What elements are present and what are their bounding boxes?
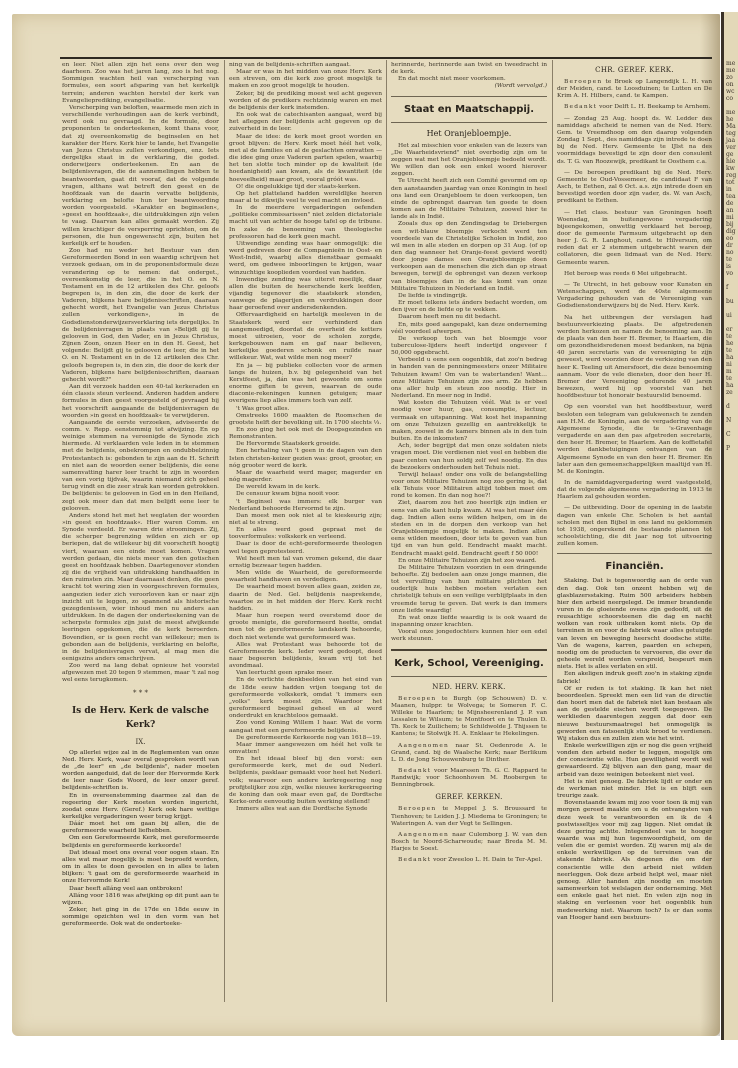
paragraph: Of er reden is tot staking. Ik kan het n…: [557, 686, 712, 743]
paragraph: — Zondag 25 Aug. hoopt ds. W. Ledder des…: [557, 116, 712, 166]
paragraph: Het zal misschien voor enkelen van de le…: [391, 143, 547, 179]
adjacent-page-text-fragment: teg: [724, 130, 738, 137]
paragraph: Wat kosten die Tehuizen véél. Wat is er …: [391, 400, 547, 443]
adjacent-page-text-fragment: de: [724, 200, 738, 207]
paragraph: En alles werd goed gepraat met de toover…: [229, 527, 382, 541]
section-title-financien: Financiën.: [557, 560, 712, 574]
adjacent-page-text-fragment: dig: [724, 228, 738, 235]
column-divider: [386, 60, 387, 1002]
oranjebloempje-body: Het zal misschien voor enkelen van de le…: [391, 143, 547, 644]
announcement-text: te Burgh (op Schouwen) D. v. Maanen, hul…: [391, 696, 547, 738]
paragraph: Verbeeld u eens een oogenblik, dat zoo'n…: [391, 357, 547, 400]
paragraph: De censuur kwam bijna nooit voor.: [229, 491, 382, 498]
paragraph: Op een voorstel van het hoofdbestuur, we…: [557, 404, 712, 476]
adjacent-page-text-fragment: ge: [724, 151, 738, 158]
paragraph: Maar de waarheid werd mager, magerder en…: [229, 470, 382, 484]
adjacent-page-text-fragment: is: [724, 263, 738, 270]
adjacent-page-text-fragment: bu: [724, 298, 738, 305]
paragraph: Het beroep was reeds 6 Mei uitgebracht.: [557, 271, 712, 278]
adjacent-page-text-fragment: ha: [724, 382, 738, 389]
adjacent-page-text-fragment: tot: [724, 179, 738, 186]
paragraph: O! die ongelukkige tijd der staats-kerke…: [229, 184, 382, 191]
adjacent-page-text-fragment: te: [724, 347, 738, 354]
divider: [391, 676, 547, 677]
paragraph: Van leertucht geen sprake meer.: [229, 670, 382, 677]
adjacent-page-text-fragment: N: [724, 417, 738, 424]
adjacent-page-text-fragment: bij: [724, 221, 738, 228]
paragraph: Offervaardigheid en hartelijk meeleven i…: [229, 312, 382, 362]
paragraph: De gereformeerde Kerkeorde nog van 1618—…: [229, 735, 382, 742]
paragraph: Omstreeks 1600 maakten de Roomschen de g…: [229, 413, 382, 427]
paragraph: Maar immer aangewezen om héél het volk t…: [229, 742, 382, 756]
paragraph: De liefde is vindingrijk.: [391, 293, 547, 300]
paragraph: Zoo werd na lang debat opnieuw het voors…: [62, 663, 219, 684]
column-4: CHR. GEREF. KERK. Beroepen te Broek op L…: [557, 62, 712, 1002]
paragraph: Op allerlei wijze zal in de Reglementen …: [62, 750, 219, 793]
announcement-item: Beroepen te Meppel J. S. Broussard te Ti…: [391, 806, 547, 827]
column-1: en leer. Niet allen zijn het eens over d…: [62, 62, 219, 1002]
announcement-label: Beroepen: [564, 79, 602, 85]
announcement-label: Bedankt: [398, 857, 431, 863]
adjacent-page-text-fragment: kw: [724, 165, 738, 172]
paragraph: Daarom heeft men nu dit bedacht.: [391, 314, 547, 321]
paragraph: Maar de idee: de kerk moet groot worden …: [229, 134, 382, 184]
ned-herv-kerk-list: Beroepen te Burgh (op Schouwen) D. v. Ma…: [391, 696, 547, 790]
adjacent-page-text-fragment: jaa: [724, 137, 738, 144]
article-title-oranjebloempje: Het Oranjebloempje.: [391, 128, 547, 140]
adjacent-page-text-fragment: vo: [724, 270, 738, 277]
ned-herv-kerk-heading: NED. HERV. KERK.: [391, 682, 547, 692]
adjacent-page-text-fragment: ni: [724, 361, 738, 368]
announcement-label: Bedankt: [398, 768, 431, 774]
adjacent-page-text-fragment: an: [724, 207, 738, 214]
paragraph: Aan dit verzoek hadden een 40-tal kerker…: [62, 384, 219, 420]
column-3: herinnerde, herinnerde aan twist en twee…: [391, 62, 547, 1002]
adjacent-page-text-fragment: he: [724, 340, 738, 347]
paragraph: Zeker, het ging in de 17de en 18de eeuw …: [62, 907, 219, 928]
column-divider: [224, 60, 225, 1002]
adjacent-page-text-fragment: ver: [724, 144, 738, 151]
church-news: — Zondag 25 Aug. hoopt ds. W. Ledder des…: [557, 116, 712, 549]
section-title-kerk-school: Kerk, School, Vereeniging.: [391, 657, 547, 671]
divider: [557, 553, 712, 554]
paragraph: En, mits goed aangepakt, kan deze ondern…: [391, 322, 547, 336]
paragraph: Om een Gereformeerde Kerk, met gereforme…: [62, 835, 219, 849]
paragraph: Anders stond het met het weglaten der wo…: [62, 513, 219, 663]
announcement-label: Beroepen: [398, 696, 436, 702]
adjacent-page-text-fragment: te: [724, 375, 738, 382]
paragraph: 't Beginsel was immers: elk burger van N…: [229, 499, 382, 513]
divider: [391, 96, 547, 97]
paragraph: In de namiddagvergadering werd vastgeste…: [557, 480, 712, 501]
paragraph: Verscherping van beloften, waarmede men …: [62, 105, 219, 248]
paragraph: Alles wat Protestant was behoorde tot de…: [229, 642, 382, 671]
adjacent-page-text-fragment: ha: [724, 354, 738, 361]
to-be-continued: (Wordt vervolgd.): [391, 83, 547, 90]
paragraph: — De uitbreiding. Door de opening in de …: [557, 505, 712, 548]
adjacent-page-text-fragment: [724, 277, 738, 284]
paragraph: De wereld kwam in de kerk.: [229, 484, 382, 491]
geref-kerken-list: Beroepen te Meppel J. S. Broussard te Ti…: [391, 806, 547, 864]
paragraph: Dat ideaal moet ons overal voor oogen st…: [62, 850, 219, 886]
paragraph: en leer. Niet allen zijn het eens over d…: [62, 62, 219, 105]
announcement-item: Aangenomen naar St. Oedenrode A. le Gran…: [391, 743, 547, 764]
column-2: ning van de belijdenis-schriften aangaat…: [229, 62, 382, 1002]
adjacent-page-text-fragment: [724, 410, 738, 417]
paragraph: De Militaire Tehuizen voorzien in een dr…: [391, 565, 547, 615]
paragraph: De Hervormde Staatskerk groeide.: [229, 441, 382, 448]
paragraph: En wat onze liefde waardig is is ook waa…: [391, 615, 547, 629]
article-title: Is de Herv. Kerk de valsche Kerk?: [62, 704, 219, 732]
paragraph: Ach, ieder begrijpt dat men onze soldate…: [391, 443, 547, 472]
paragraph: Bovenstaande kwam mij zoo voor toen ik m…: [557, 800, 712, 922]
announcement-label: Aangenomen: [398, 832, 449, 838]
paragraph: Zoo vond Koning Willem I haar. Wat de vo…: [229, 720, 382, 734]
geref-kerken-heading: GEREF. KERKEN.: [391, 792, 547, 802]
announcement-label: Bedankt: [564, 104, 597, 110]
paragraph: — De beroepen predikant bij de Ned. Herv…: [557, 170, 712, 206]
paragraph: Uitwendige zending was haar onmogelijk: …: [229, 241, 382, 277]
paragraph: Enkele werkwilligen zijn er nog die geen…: [557, 743, 712, 779]
paragraph: En zoo ging het ook met de Doopsgezinden…: [229, 427, 382, 441]
adjacent-page-text-fragment: mi: [724, 214, 738, 221]
adjacent-page-text-fragment: te: [724, 333, 738, 340]
adjacent-page-text-fragment: [724, 319, 738, 326]
announcement-item: Beroepen te Burgh (op Schouwen) D. v. Ma…: [391, 696, 547, 739]
divider: [391, 649, 547, 651]
announcement-label: Beroepen: [398, 806, 436, 812]
announcement-item: Bedankt voor Maarssen Th. G. C. Rappard …: [391, 768, 547, 789]
article-continuation: ning van de belijdenis-schriften aangaat…: [229, 62, 382, 813]
announcement-text: voor Delft L. H. Beekamp te Arnhem.: [597, 104, 710, 110]
adjacent-page-text-fragment: C: [724, 431, 738, 438]
adjacent-page-text-fragment: hie: [724, 158, 738, 165]
article-ending: herinnerde, herinnerde aan twist en twee…: [391, 62, 547, 83]
paragraph: Daar heeft alláng veel aan ontbroken!: [62, 886, 219, 893]
column-divider: [552, 60, 553, 1002]
paragraph: Zoo had nu weder het Bestuur van den Ger…: [62, 248, 219, 384]
adjacent-page-text-fragment: co: [724, 95, 738, 102]
paragraph: ning van de belijdenis-schriften aangaat…: [229, 62, 382, 69]
paragraph: Dáár moet het om gaan bij allen, die de …: [62, 821, 219, 835]
paragraph: Staking. Dat is tegenwoordig aan de orde…: [557, 578, 712, 671]
adjacent-page-text-fragment: dr: [724, 242, 738, 249]
paragraph: Op het platteland hadden wereldlijke hee…: [229, 191, 382, 205]
paragraph: herinnerde, herinnerde aan twist en twee…: [391, 62, 547, 76]
top-rule: [60, 57, 712, 59]
announcement-item: Bedankt voor Zweeloo L. H. Dain te Ter-A…: [391, 857, 547, 864]
synod-report-text: en leer. Niet allen zijn het eens over d…: [62, 62, 219, 685]
paragraph: Ziet, daarom zou het zoo heerlijk zijn i…: [391, 500, 547, 557]
adjacent-page-text-fragment: in: [724, 186, 738, 193]
adjacent-page-text-fragment: he: [724, 116, 738, 123]
adjacent-page-text-fragment: eo: [724, 235, 738, 242]
financien-body: Staking. Dat is tegenwoordig aan de orde…: [557, 578, 712, 922]
paragraph: Alláng voor 1816 was afwijking op dit pu…: [62, 893, 219, 907]
paragraph: 't Was groot alles.: [229, 406, 382, 413]
chr-geref-kerk-heading: CHR. GEREF. KERK.: [557, 65, 712, 75]
paragraph: Het is niet genoeg. De fabriek lijdt er …: [557, 779, 712, 800]
adjacent-page-text-fragment: Ma: [724, 123, 738, 130]
announcement-label: Aangenomen: [398, 743, 449, 749]
announcement-item: Beroepen te Broek op Langendijk L. H. va…: [557, 79, 712, 100]
adjacent-page-text-fragment: zo: [724, 74, 738, 81]
paragraph: En ook wat de catechisanten aangaat, wer…: [229, 112, 382, 133]
adjacent-page-text-fragment: wc: [724, 88, 738, 95]
paragraph: Dan moest men ook niet al te kieskeurig …: [229, 513, 382, 527]
paragraph: Een akeligen indruk geeft zoo'n in staki…: [557, 671, 712, 685]
adjacent-page-text-fragment: [724, 424, 738, 431]
announcement-text: voor Zweeloo L. H. Dain te Ter-Apel.: [431, 857, 542, 863]
paragraph: Immers alles wat aan die Dordtsche Synod…: [229, 806, 382, 813]
adjacent-page-text-fragment: [724, 396, 738, 403]
adjacent-page-text-fragment: f: [724, 284, 738, 291]
adjacent-page-text-fragment: [724, 438, 738, 445]
paragraph: Zeker, bij de prediking moest wel acht g…: [229, 91, 382, 112]
paragraph: Na het uitbrengen der verslagen had best…: [557, 315, 712, 401]
adjacent-page-text-fragment: on: [724, 81, 738, 88]
paragraph: Maar hun roepen werd overstemd door de g…: [229, 613, 382, 642]
paragraph: Zooals dus op den Zendingsdag te Drieber…: [391, 221, 547, 293]
adjacent-page-text-fragment: te: [724, 256, 738, 263]
announcement-item: Bedankt voor Delft L. H. Beekamp te Arnh…: [557, 104, 712, 111]
paragraph: Te Utrecht heeft zich een Comité gevormd…: [391, 178, 547, 221]
paragraph: De verkoop toch van het bloempje voor tu…: [391, 336, 547, 357]
paragraph: En onze Militaire Tehuizen zijn het zoo …: [391, 558, 547, 565]
article-body: Op allerlei wijze zal in de Reglementen …: [62, 750, 219, 929]
paragraph: Er moet telkens iets ánders bedacht word…: [391, 300, 547, 314]
announcement-item: Aangenomen naar Culemborg J. W. van den …: [391, 832, 547, 853]
adjacent-page-strip: memezoonwcco meheMategjaavergehiekwregto…: [721, 12, 738, 1040]
adjacent-page-text-fragment: tea: [724, 193, 738, 200]
adjacent-page-text-fragment: no: [724, 249, 738, 256]
paragraph: En in overeenstemming daarmee zal dan de…: [62, 793, 219, 822]
paragraph: Een herhaling van 't geen in de dagen va…: [229, 448, 382, 469]
paragraph: Inwendige zending was uiterst moeilijk, …: [229, 277, 382, 313]
adjacent-page-text-fragment: er: [724, 326, 738, 333]
section-separator: * * *: [62, 688, 219, 698]
article-number: IX.: [62, 736, 219, 748]
adjacent-page-text-fragment: me: [724, 60, 738, 67]
divider: [391, 122, 547, 123]
paragraph: Terwijl helaas! onder ons volk de belang…: [391, 472, 547, 501]
paragraph: — Te Utrecht, in het gebouw voor Kunsten…: [557, 282, 712, 311]
adjacent-page-text-fragment: m: [724, 368, 738, 375]
adjacent-page-text-fragment: [724, 305, 738, 312]
adjacent-page-text-fragment: ze: [724, 389, 738, 396]
paragraph: In de meerdere vergaderingen oefenden „p…: [229, 205, 382, 241]
paragraph: — Het class. bestuur van Groningen hoeft…: [557, 210, 712, 267]
paragraph: En de verlichte denkbeelden van het eind…: [229, 677, 382, 720]
chr-geref-kerk-list: Beroepen te Broek op Langendijk L. H. va…: [557, 79, 712, 112]
paragraph: Vooral onze jongedochters kunnen hier ee…: [391, 629, 547, 643]
section-title-staat: Staat en Maatschappij.: [391, 103, 547, 117]
adjacent-page-text-fragment: me: [724, 67, 738, 74]
paragraph: Maar er was in het midden van onze Herv.…: [229, 69, 382, 90]
paragraph: Aangaande de eerste verzoeken, adviseerd…: [62, 420, 219, 513]
adjacent-page-text-fragment: me: [724, 109, 738, 116]
paragraph: Wel heeft men tal van vromen gekend, die…: [229, 556, 382, 570]
paragraph: En het ideaal bleef bij den vorst: een g…: [229, 756, 382, 806]
adjacent-page-text-fragment: P: [724, 445, 738, 452]
adjacent-page-text-fragment: d: [724, 403, 738, 410]
adjacent-page-text-fragment: [724, 102, 738, 109]
adjacent-page-text-fragment: ui: [724, 312, 738, 319]
adjacent-page-text-fragment: reg: [724, 172, 738, 179]
paragraph: Daar is door de echt-gereformeerde theol…: [229, 541, 382, 555]
paragraph: En ja — bij publieke collecten voor de a…: [229, 363, 382, 406]
adjacent-page-text-fragment: [724, 291, 738, 298]
paragraph: Men wilde de Waarheid, de gereformeerde …: [229, 570, 382, 584]
paragraph: De waarheid moest boven alles gaan, zeid…: [229, 584, 382, 613]
